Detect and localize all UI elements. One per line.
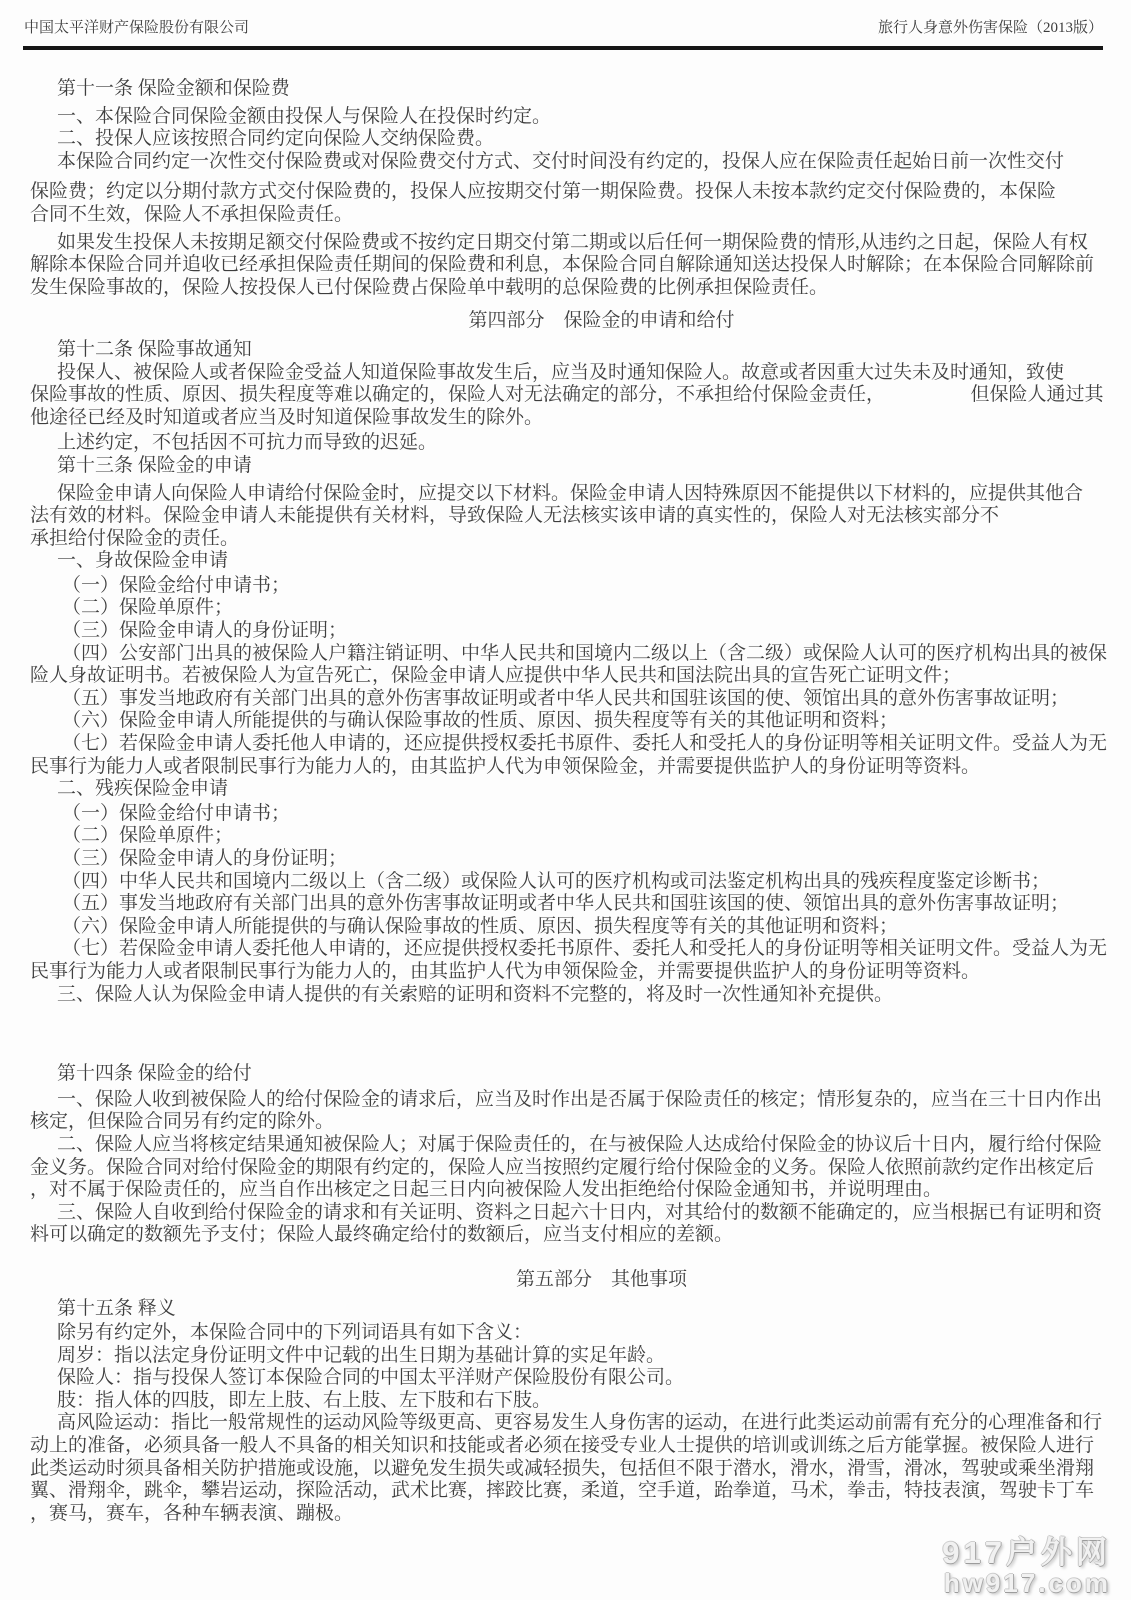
text-line: 民事行为能力人或者限制民事行为能力人的，由其监护人代为申领保险金，并需要提供监护… [0,756,1131,779]
text-line: 一、身故保险金申请 [0,550,1131,573]
text-line: 二、保险人应当将核定结果通知被保险人；对属于保险责任的，在与被保险人达成给付保险… [0,1134,1131,1157]
text-line: 除另有约定外，本保险合同中的下列词语具有如下含义： [0,1322,1131,1345]
watermark-site-url: hw917.com [942,1570,1111,1596]
text-line: 投保人、被保险人或者保险金受益人知道保险事故发生后，应当及时通知保险人。故意或者… [0,362,1131,385]
text-line: 保险金申请人向保险人申请给付保险金时，应提交以下材料。保险金申请人因特殊原因不能… [0,483,1131,506]
text-line: 此类运动时须具备相关防护措施或设施，以避免发生损失或减轻损失，包括但不限于潜水，… [0,1458,1131,1481]
text-line: 一、本保险合同保险金额由投保人与保险人在投保时约定。 [0,106,1131,129]
text-line: （三）保险金申请人的身份证明； [0,848,1131,871]
watermark: 917户外网 hw917.com [942,1537,1111,1596]
article-15-heading: 第十五条 释义 [0,1298,1131,1321]
article-13-heading: 第十三条 保险金的申请 [0,455,1131,478]
text-line: 他途径已经及时知道或者应当及时知道保险事故发生的除外。 [0,407,1131,430]
text-line: 高风险运动：指比一般常规性的运动风险等级更高、更容易发生人身伤害的运动，在进行此… [0,1412,1131,1435]
text-line: （五）事发当地政府有关部门出具的意外伤害事故证明或者中华人民共和国驻该国的使、领… [0,893,1131,916]
text-line: 解除本保险合同并追收已经承担保险责任期间的保险费和利息，本保险合同自解除通知送达… [0,254,1131,277]
article-11-heading: 第十一条 保险金额和保险费 [0,78,1131,101]
text-line: （一）保险金给付申请书； [0,803,1131,826]
text-line: 合同不生效，保险人不承担保险责任。 [0,204,1131,227]
text-line: ，对不属于保险责任的，应当自作出核定之日起三日内向被保险人发出拒绝给付保险金通知… [0,1179,1131,1202]
text-line: 民事行为能力人或者限制民事行为能力人的，由其监护人代为申领保险金，并需要提供监护… [0,961,1131,984]
text-line: 金义务。保险合同对给付保险金的期限有约定的，保险人应当按照约定履行给付保险金的义… [0,1157,1131,1180]
text-line: （六）保险金申请人所能提供的与确认保险事故的性质、原因、损失程度等有关的其他证明… [0,710,1131,733]
page-header: 中国太平洋财产保险股份有限公司 旅行人身意外伤害保险（2013版） [0,0,1131,37]
text-line: 保险人：指与投保人签订本保险合同的中国太平洋财产保险股份有限公司。 [0,1367,1131,1390]
text-line: 保险事故的性质、原因、损失程度等难以确定的，保险人对无法确定的部分，不承担给付保… [0,384,1131,407]
text-line: （五）事发当地政府有关部门出具的意外伤害事故证明或者中华人民共和国驻该国的使、领… [0,688,1131,711]
text-line: 发生保险事故的，保险人按投保人已付保险费占保险单中载明的总保险费的比例承担保险责… [0,277,1131,300]
text-line: 翼、滑翔伞，跳伞，攀岩运动，探险活动，武术比赛，摔跤比赛，柔道，空手道，跆拳道，… [0,1480,1131,1503]
article-14-heading: 第十四条 保险金的给付 [0,1063,1131,1086]
text-line: 二、投保人应该按照合同约定向保险人交纳保险费。 [0,128,1131,151]
text-line: 承担给付保险金的责任。 [0,528,1131,551]
text-line: （四）公安部门出具的被保险人户籍注销证明、中华人民共和国境内二级以上（含二级）或… [0,643,1131,666]
part-4-heading: 第四部分 保险金的申请和给付 [36,310,1131,333]
text-line: 保险费；约定以分期付款方式交付保险费的，投保人应按期交付第一期保险费。投保人未按… [0,181,1131,204]
text-line: 周岁：指以法定身份证明文件中记载的出生日期为基础计算的实足年龄。 [0,1345,1131,1368]
header-product-name: 旅行人身意外伤害保险（2013版） [878,16,1103,37]
text-line: 动上的准备，必须具备一般人不具备的相关知识和技能或者必须在接受专业人士提供的培训… [0,1435,1131,1458]
text-line: （六）保险金申请人所能提供的与确认保险事故的性质、原因、损失程度等有关的其他证明… [0,916,1131,939]
text-line: 法有效的材料。保险金申请人未能提供有关材料，导致保险人无法核实该申请的真实性的，… [0,505,1131,528]
text-line: （一）保险金给付申请书； [0,575,1131,598]
article-12-heading: 第十二条 保险事故通知 [0,339,1131,362]
text-line: 一、保险人收到被保险人的给付保险金的请求后，应当及时作出是否属于保险责任的核定；… [0,1089,1131,1112]
text-line: 核定，但保险合同另有约定的除外。 [0,1111,1131,1134]
text-line: 本保险合同约定一次性交付保险费或对保险费交付方式、交付时间没有约定的，投保人应在… [0,151,1131,174]
text-line: （七）若保险金申请人委托他人申请的，还应提供授权委托书原件、委托人和受托人的身份… [0,938,1131,961]
text-line: 料可以确定的数额先予支付；保险人最终确定给付的数额后，应当支付相应的差额。 [0,1224,1131,1247]
document-page: 中国太平洋财产保险股份有限公司 旅行人身意外伤害保险（2013版） 第十一条 保… [0,0,1131,1600]
text-line: 三、保险人自收到给付保险金的请求和有关证明、资料之日起六十日内，对其给付的数额不… [0,1202,1131,1225]
text-line: （三）保险金申请人的身份证明； [0,620,1131,643]
text-line: 肢：指人体的四肢，即左上肢、右上肢、左下肢和右下肢。 [0,1390,1131,1413]
text-line: （四）中华人民共和国境内二级以上（含二级）或保险人认可的医疗机构或司法鉴定机构出… [0,871,1131,894]
text-line: （二）保险单原件； [0,597,1131,620]
part-5-heading: 第五部分 其他事项 [36,1269,1131,1292]
watermark-site-name: 917户外网 [942,1537,1111,1568]
text-line: 如果发生投保人未按期足额交付保险费或不按约定日期交付第二期或以后任何一期保险费的… [0,232,1131,255]
text-line: ，赛马，赛车，各种车辆表演、蹦极。 [0,1503,1131,1526]
text-line: 上述约定，不包括因不可抗力而导致的迟延。 [0,432,1131,455]
document-body: 第十一条 保险金额和保险费一、本保险合同保险金额由投保人与保险人在投保时约定。二… [0,50,1131,1525]
header-company-name: 中国太平洋财产保险股份有限公司 [24,16,249,37]
text-line: 三、保险人认为保险金申请人提供的有关索赔的证明和资料不完整的，将及时一次性通知补… [0,984,1131,1007]
text-line: （二）保险单原件； [0,825,1131,848]
text-line: 险人身故证明书。若被保险人为宣告死亡，保险金申请人应提供中华人民共和国法院出具的… [0,665,1131,688]
text-line: （七）若保险金申请人委托他人申请的，还应提供授权委托书原件、委托人和受托人的身份… [0,733,1131,756]
text-line: 二、残疾保险金申请 [0,778,1131,801]
